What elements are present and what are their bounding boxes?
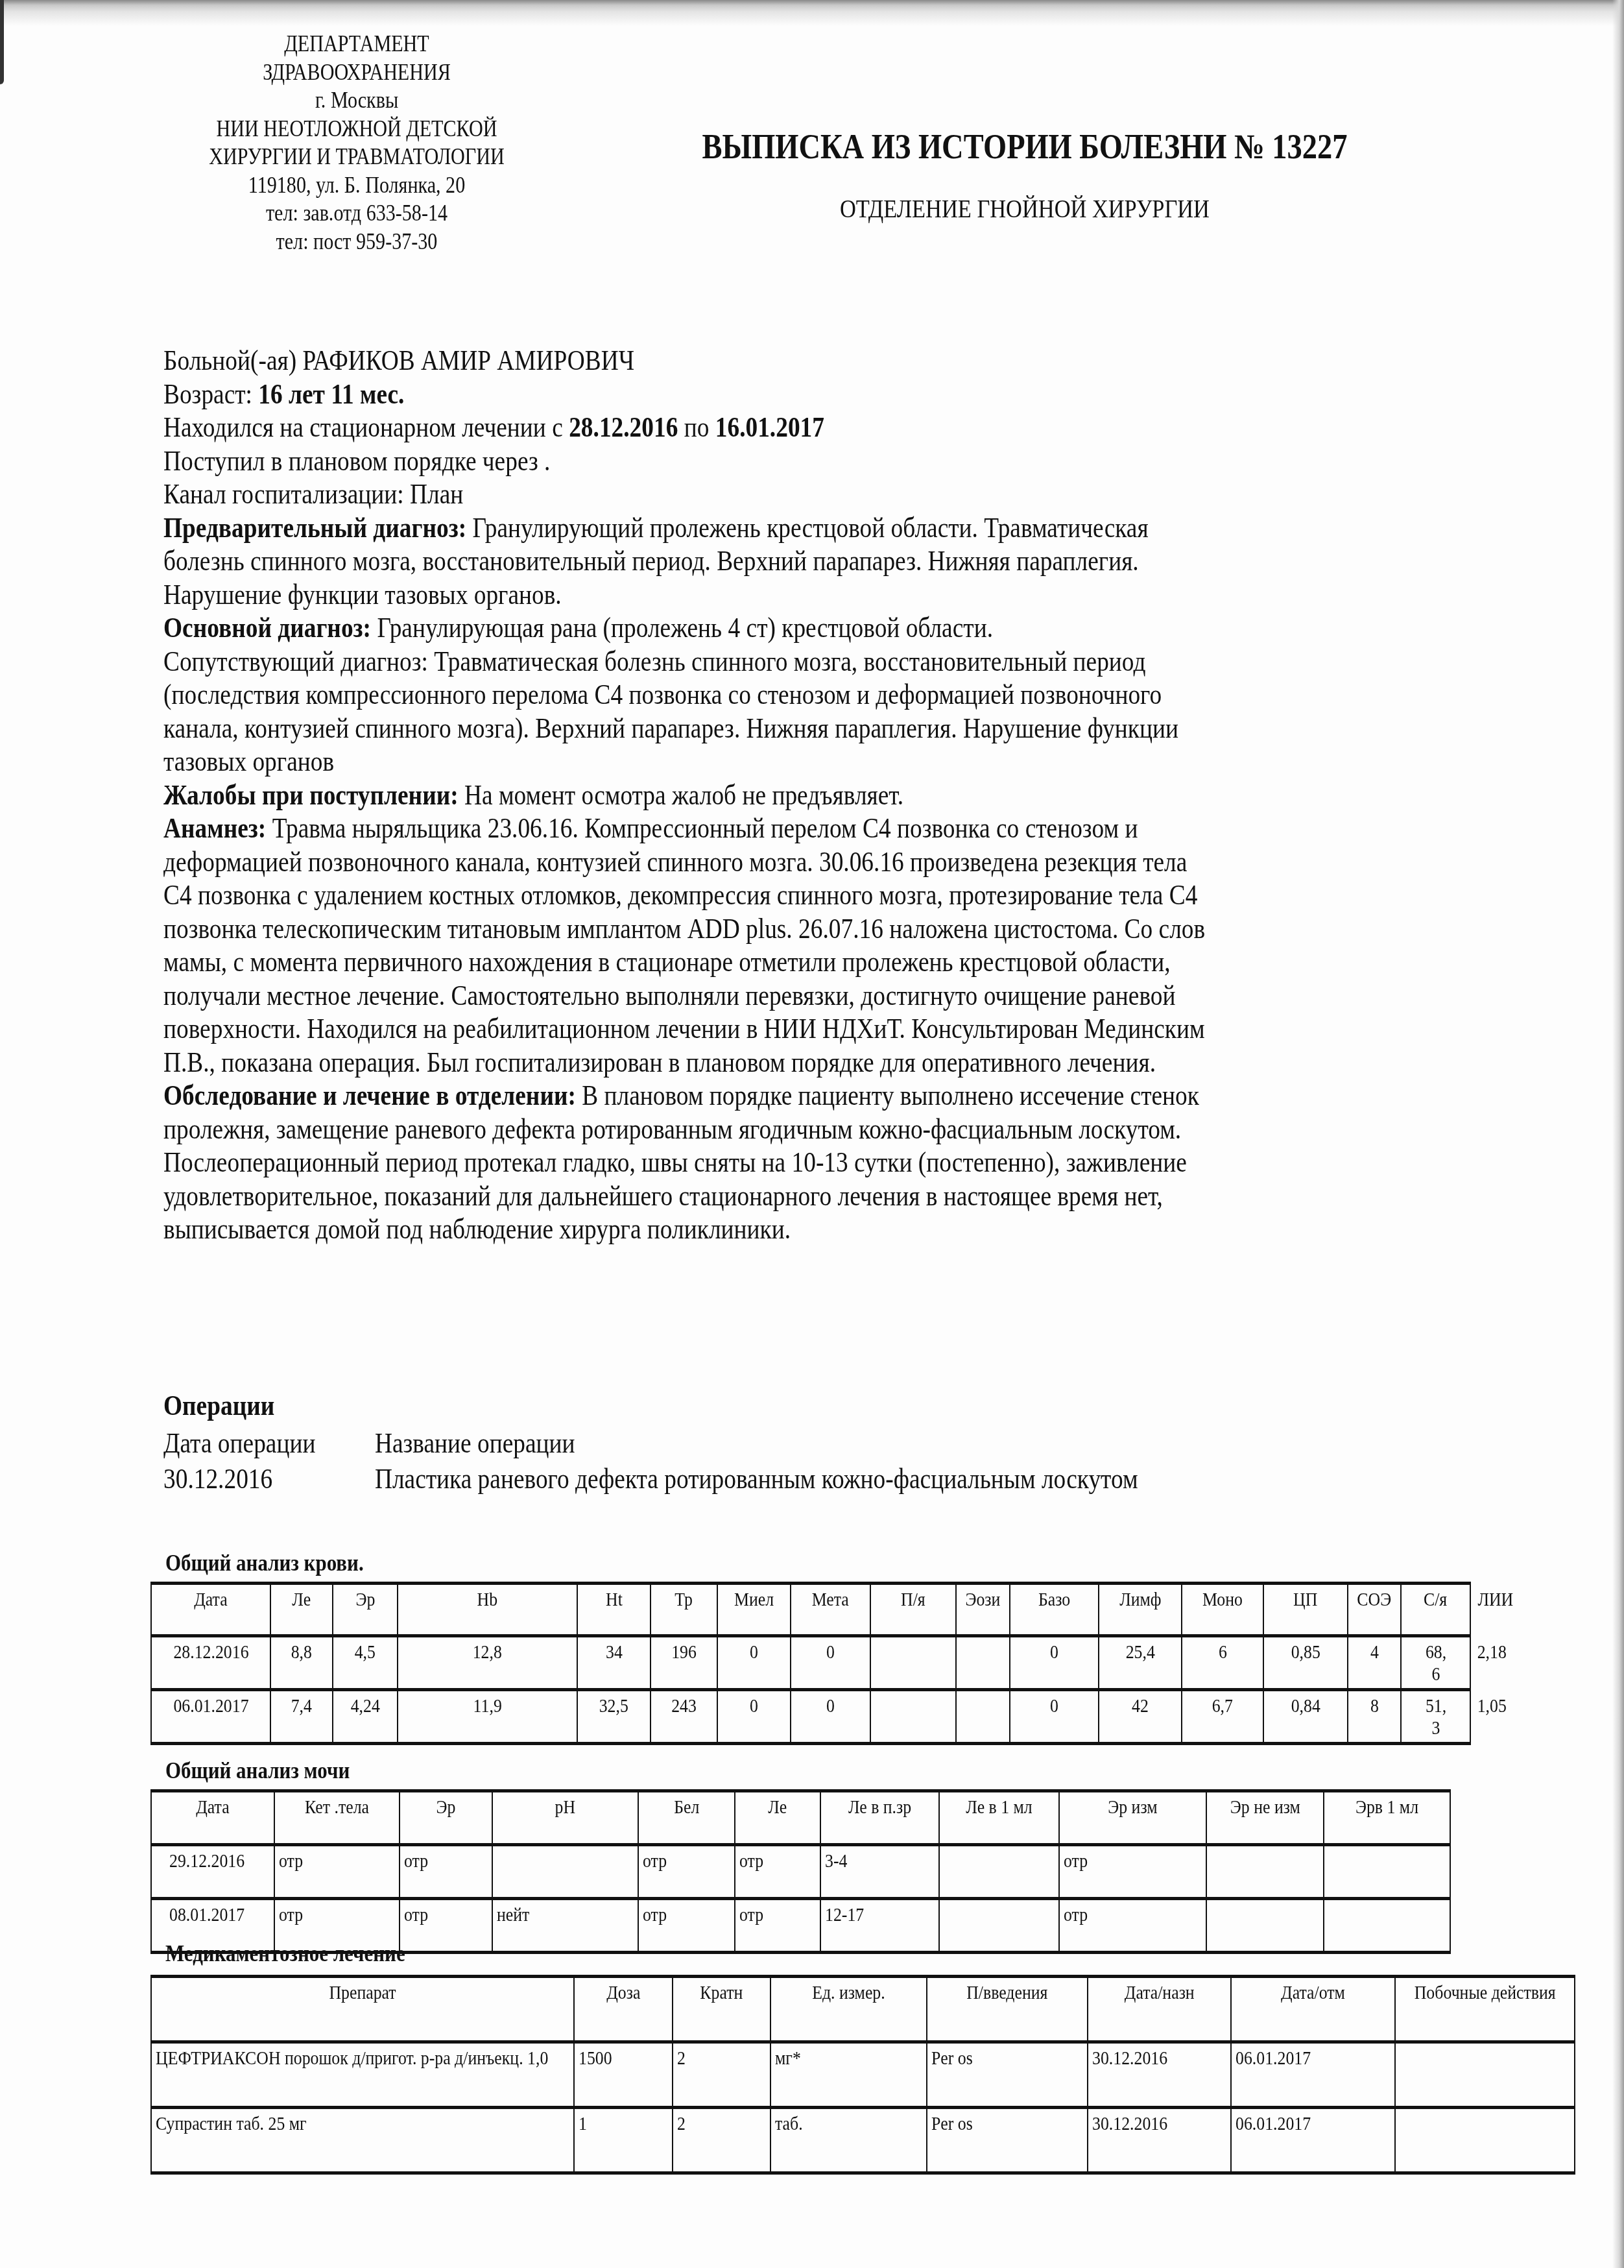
- table-cell: [1206, 1845, 1324, 1899]
- table-cell: 30.12.2016: [1088, 2042, 1231, 2108]
- table-cell: отр: [400, 1845, 492, 1899]
- cell-value: 0: [750, 1695, 758, 1717]
- column-header: Эр: [400, 1791, 492, 1845]
- column-header: Hb: [398, 1584, 577, 1636]
- cell-value: 29.12.2016: [169, 1850, 245, 1872]
- column-header: Ле в п.зр: [820, 1791, 939, 1845]
- table-row: ЦЕФТРИАКСОН порошок д/пригот. р-ра д/инъ…: [151, 2042, 1575, 2108]
- operations-title: Операции: [163, 1388, 1580, 1426]
- cell-value: 0: [1050, 1641, 1058, 1663]
- operation-name: Пластика раневого дефекта ротированным к…: [375, 1462, 1138, 1495]
- cell-value: отр: [1064, 1904, 1088, 1926]
- column-header-label: Ле в п.зр: [848, 1796, 911, 1818]
- main-diagnosis-label: Основной диагноз:: [163, 611, 371, 644]
- cell-value: 6,7: [1212, 1695, 1233, 1717]
- scan-edge-top: [0, 0, 1624, 26]
- text-line: канала, контузией спинного мозга). Верхн…: [163, 712, 1580, 745]
- cell-value: 06.01.2017: [1236, 2047, 1311, 2069]
- cell-value: 3-4: [825, 1850, 847, 1872]
- table-cell: 0: [717, 1636, 791, 1690]
- table-cell: 0,84: [1263, 1690, 1348, 1744]
- text-line: На момент осмотра жалоб не предъявляет.: [459, 778, 904, 811]
- table-cell: [956, 1636, 1010, 1690]
- cell-value: 30.12.2016: [1092, 2113, 1167, 2135]
- table-cell: мг*: [770, 2042, 927, 2108]
- table-cell: отр: [274, 1845, 400, 1899]
- table-cell: 51,3: [1401, 1690, 1470, 1744]
- org-line: ХИРУРГИИ И ТРАВМАТОЛОГИИ: [176, 143, 538, 171]
- cell-value: 51,3: [1422, 1695, 1450, 1739]
- cell-value: отр: [404, 1850, 428, 1872]
- column-header: Эр не изм: [1206, 1791, 1324, 1845]
- column-header-label: Ле: [293, 1589, 311, 1611]
- cell-value: 0: [750, 1641, 758, 1663]
- column-header-label: Эрв 1 мл: [1355, 1796, 1418, 1818]
- column-header-label: Кратн: [700, 1982, 743, 2004]
- cell-value: 08.01.2017: [169, 1904, 245, 1926]
- column-header: Ht: [577, 1584, 651, 1636]
- table-cell: 6: [1182, 1636, 1263, 1690]
- table-cell: 25,4: [1099, 1636, 1182, 1690]
- cell-value: 243: [671, 1695, 697, 1717]
- column-header: Базо: [1010, 1584, 1099, 1636]
- table-header-row: ДатаКет .телаЭрpHБелЛеЛе в п.зрЛе в 1 мл…: [151, 1791, 1450, 1845]
- org-address: 119180, ул. Б. Полянка, 20: [176, 171, 538, 200]
- table-cell: ЦЕФТРИАКСОН порошок д/пригот. р-ра д/инъ…: [151, 2042, 574, 2108]
- cell-value: 42: [1132, 1695, 1149, 1717]
- column-header: Кет .тела: [274, 1791, 400, 1845]
- cell-value: 8,8: [291, 1641, 312, 1663]
- text-line: поверхности. Находился на реабилитационн…: [163, 1012, 1580, 1046]
- table-cell: отр: [1059, 1899, 1206, 1953]
- table-cell: [956, 1690, 1010, 1744]
- table-cell: 32,5: [577, 1690, 651, 1744]
- table-cell: 11,9: [398, 1690, 577, 1744]
- column-header: Лимф: [1099, 1584, 1182, 1636]
- cell-value: Супрастин таб. 25 мг: [156, 2113, 307, 2135]
- cell-value: 11,9: [473, 1695, 501, 1717]
- department-name: ОТДЕЛЕНИЕ ГНОЙНОЙ ХИРУРГИИ: [656, 193, 1392, 224]
- stay-to-date: 16.01.2017: [715, 411, 824, 443]
- column-header-label: СОЭ: [1357, 1589, 1392, 1611]
- column-header-label: П/введения: [966, 1982, 1047, 2004]
- column-header: Дата: [151, 1584, 270, 1636]
- table-cell: 42: [1099, 1690, 1182, 1744]
- examination-treatment-label: Обследование и лечение в отделении:: [163, 1079, 576, 1111]
- operation-name-header: Название операции: [375, 1426, 575, 1460]
- table-cell: отр: [1059, 1845, 1206, 1899]
- table-cell: 28.12.2016: [151, 1636, 270, 1690]
- main-diagnosis: Основной диагноз: Гранулирующая рана (пр…: [163, 611, 1580, 645]
- column-header-label: Лимф: [1119, 1589, 1161, 1611]
- cell-value: 25,4: [1125, 1641, 1154, 1663]
- column-header: П/я: [870, 1584, 956, 1636]
- column-header-label: Мета: [812, 1589, 849, 1611]
- cell-value: 4,24: [350, 1695, 379, 1717]
- complaints-label: Жалобы при поступлении:: [163, 778, 459, 811]
- column-header: Доза: [574, 1977, 673, 2042]
- table-row: Супрастин таб. 25 мг12таб.Per os30.12.20…: [151, 2108, 1575, 2173]
- table-cell: [1324, 1899, 1450, 1953]
- cell-value: мг*: [775, 2047, 801, 2069]
- column-header-label: Эози: [966, 1589, 1001, 1611]
- column-header: pH: [492, 1791, 638, 1845]
- org-line: ДЕПАРТАМЕНТ: [176, 30, 538, 58]
- text-line: (последствия компрессионного перелома С4…: [163, 678, 1580, 712]
- column-header: Эр: [333, 1584, 398, 1636]
- cell-value: отр: [739, 1904, 763, 1926]
- table-cell: [1324, 1845, 1450, 1899]
- column-header-label: Дата: [196, 1796, 229, 1818]
- cell-value: 0: [826, 1695, 835, 1717]
- admission-line: Поступил в плановом порядке через .: [163, 444, 1580, 478]
- text-line: В плановом порядке пациенту выполнено ис…: [576, 1079, 1199, 1111]
- cell-value: 28.12.2016: [173, 1641, 248, 1663]
- operations-header: Дата операции Название операции: [163, 1426, 1580, 1462]
- preliminary-diagnosis-label: Предварительный диагноз:: [163, 511, 466, 544]
- org-line: г. Москвы: [176, 86, 538, 115]
- column-header: Бел: [638, 1791, 735, 1845]
- cell-value: Per os: [931, 2047, 973, 2069]
- column-header: Ед. измер.: [770, 1977, 927, 2042]
- column-header-label: Дата/назн: [1125, 1982, 1195, 2004]
- org-phone: тел: зав.отд 633-58-14: [176, 199, 538, 228]
- stay-from-date: 28.12.2016: [569, 411, 678, 443]
- table-cell: нейт: [492, 1899, 638, 1953]
- column-header-label: ЦП: [1293, 1589, 1317, 1611]
- text-line: Нарушение функции тазовых органов.: [163, 578, 1580, 612]
- cell-value: 2: [677, 2047, 686, 2069]
- table-cell: Супрастин таб. 25 мг: [151, 2108, 574, 2173]
- urine-test-table: ДатаКет .телаЭрpHБелЛеЛе в п.зрЛе в 1 мл…: [150, 1789, 1451, 1954]
- table-cell: 12,8: [398, 1636, 577, 1690]
- scan-edge-left: [0, 0, 4, 84]
- column-header: П/введения: [927, 1977, 1088, 2042]
- table-cell: [1206, 1899, 1324, 1953]
- cell-value: 1: [579, 2113, 587, 2135]
- text-line: С4 позвонка с удалением костных отломков…: [163, 878, 1580, 912]
- column-header: Мета: [791, 1584, 870, 1636]
- operation-date: 30.12.2016: [163, 1462, 272, 1495]
- text-line: получали местное лечение. Самостоятельно…: [163, 979, 1580, 1013]
- column-header: ЦП: [1263, 1584, 1348, 1636]
- text-line: Гранулирующий пролежень крестцовой облас…: [466, 511, 1148, 544]
- table-row: 06.01.20177,44,2411,932,5243000426,70,84…: [151, 1690, 1470, 1744]
- blood-test-table: ДатаЛеЭрHbHtТрМиелМетаП/яЭозиБазоЛимфМон…: [150, 1582, 1471, 1745]
- column-header-label: Ле в 1 мл: [966, 1796, 1032, 1818]
- column-header: Ле: [735, 1791, 820, 1845]
- cell-value: ЦЕФТРИАКСОН порошок д/пригот. р-ра д/инъ…: [156, 2047, 548, 2069]
- column-header-label: Бел: [674, 1796, 699, 1818]
- scan-edge-right: [1612, 0, 1624, 2268]
- medications-title: Медикаментозное лечение: [165, 1940, 405, 1967]
- column-header: Дата/отм: [1231, 1977, 1395, 2042]
- table-cell: [492, 1845, 638, 1899]
- column-header: Кратн: [673, 1977, 770, 2042]
- org-phone: тел: пост 959-37-30: [176, 228, 538, 256]
- table-cell: 4: [1348, 1636, 1401, 1690]
- stay-label: Находился на стационарном лечении с: [163, 411, 563, 443]
- column-header-label: Тр: [675, 1589, 693, 1611]
- column-header-label: Эр изм: [1108, 1796, 1157, 1818]
- cell-value: 0,84: [1291, 1695, 1320, 1717]
- table-cell: 243: [651, 1690, 717, 1744]
- table-cell: Per os: [927, 2108, 1088, 2173]
- text-line: пролежня, замещение раневого дефекта рот…: [163, 1113, 1580, 1146]
- table-cell: 29.12.2016: [151, 1845, 274, 1899]
- text-line: тазовых органов: [163, 745, 1580, 778]
- column-header: Побочные действия: [1395, 1977, 1575, 2042]
- cell-value: отр: [643, 1850, 667, 1872]
- column-header: Эози: [956, 1584, 1010, 1636]
- text-line: мамы, с момента первичного нахождения в …: [163, 945, 1580, 979]
- cell-value: отр: [643, 1904, 667, 1926]
- table-cell: отр: [735, 1845, 820, 1899]
- table-cell: 0: [791, 1636, 870, 1690]
- column-header-label: pH: [555, 1796, 576, 1818]
- table-cell: [1395, 2108, 1575, 2173]
- column-header-label: Дата: [194, 1589, 227, 1611]
- table-cell: отр: [735, 1899, 820, 1953]
- table-cell: 2: [673, 2108, 770, 2173]
- column-header-label: Препарат: [329, 1982, 396, 2004]
- operations-section: Операции Дата операции Название операции…: [163, 1388, 1580, 1497]
- table-cell: 196: [651, 1636, 717, 1690]
- column-header: Препарат: [151, 1977, 574, 2042]
- column-header-label: Побочные действия: [1415, 1982, 1556, 2004]
- cell-value: отр: [739, 1850, 763, 1872]
- table-cell: [939, 1845, 1059, 1899]
- column-header-label: Ед. измер.: [812, 1982, 885, 2004]
- operation-row: 30.12.2016 Пластика раневого дефекта рот…: [163, 1462, 1580, 1497]
- table-cell: 0,85: [1263, 1636, 1348, 1690]
- hospitalization-channel: Канал госпитализации: План: [163, 477, 1580, 511]
- column-header-label: Доза: [606, 1982, 640, 2004]
- cell-value: отр: [279, 1904, 303, 1926]
- table-cell: отр: [638, 1845, 735, 1899]
- cell-value: 4: [1370, 1641, 1379, 1663]
- cell-value: отр: [279, 1850, 303, 1872]
- table-cell: [870, 1636, 956, 1690]
- cell-value: 1,05: [1477, 1695, 1507, 1717]
- column-header: Ле: [270, 1584, 333, 1636]
- table-cell: 0: [717, 1690, 791, 1744]
- cell-value: 06.01.2017: [173, 1695, 248, 1717]
- table-cell: 06.01.2017: [1231, 2108, 1395, 2173]
- table-cell: 6,7: [1182, 1690, 1263, 1744]
- cell-value: 12-17: [825, 1904, 864, 1926]
- table-cell: 8,8: [270, 1636, 333, 1690]
- cell-value: 2: [677, 2113, 686, 2135]
- stay-period-line: Находился на стационарном лечении с 28.1…: [163, 411, 1580, 444]
- cell-value: 4,5: [355, 1641, 376, 1663]
- cell-value: отр: [404, 1904, 428, 1926]
- column-header-label: ЛИИ: [1477, 1589, 1513, 1611]
- table-cell: таб.: [770, 2108, 927, 2173]
- patient-name-line: Больной(-ая) РАФИКОВ АМИР АМИРОВИЧ: [163, 344, 1580, 378]
- text-line: Гранулирующая рана (пролежень 4 ст) крес…: [371, 611, 993, 644]
- patient-name-label: Больной(-ая): [163, 344, 296, 376]
- anamnesis-label: Анамнез:: [163, 812, 266, 844]
- column-header-label: Эр: [436, 1796, 456, 1818]
- column-header: Моно: [1182, 1584, 1263, 1636]
- preliminary-diagnosis: Предварительный диагноз: Гранулирующий п…: [163, 511, 1580, 545]
- text-line: удовлетворительное, показаний для дальне…: [163, 1179, 1580, 1213]
- cell-value: 1500: [579, 2047, 612, 2069]
- urine-test-title: Общий анализ мочи: [165, 1757, 350, 1784]
- table-cell: 0: [1010, 1636, 1099, 1690]
- cell-value: Per os: [931, 2113, 973, 2135]
- text-line: деформацией позвоночного канала, контузи…: [163, 845, 1580, 879]
- text-line: П.В., показана операция. Был госпитализи…: [163, 1046, 1580, 1080]
- org-line: НИИ НЕОТЛОЖНОЙ ДЕТСКОЙ: [176, 115, 538, 143]
- column-header: Дата: [151, 1791, 274, 1845]
- patient-name: РАФИКОВ АМИР АМИРОВИЧ: [303, 344, 634, 376]
- cell-value: 34: [606, 1641, 623, 1663]
- column-header-label: Кет .тела: [305, 1796, 369, 1818]
- text-line: Послеоперационный период протекал гладко…: [163, 1146, 1580, 1179]
- table-cell: 68,6: [1401, 1636, 1470, 1690]
- concomitant-diagnosis: Сопутствующий диагноз: Травматическая бо…: [163, 645, 1580, 679]
- table-cell: [1395, 2042, 1575, 2108]
- table-cell: [939, 1899, 1059, 1953]
- cell-value: 6: [1219, 1641, 1227, 1663]
- table-header-row: ДатаЛеЭрHbHtТрМиелМетаП/яЭозиБазоЛимфМон…: [151, 1584, 1470, 1636]
- table-row: 28.12.20168,84,512,83419600025,460,85468…: [151, 1636, 1470, 1690]
- column-header: Дата/назн: [1088, 1977, 1231, 2042]
- institution-header: ДЕПАРТАМЕНТ ЗДРАВООХРАНЕНИЯ г. Москвы НИ…: [176, 30, 538, 256]
- column-header-label: Базо: [1038, 1589, 1070, 1611]
- table-cell: Per os: [927, 2042, 1088, 2108]
- org-line: ЗДРАВООХРАНЕНИЯ: [176, 58, 538, 87]
- table-cell: 0: [791, 1690, 870, 1744]
- table-cell: 3-4: [820, 1845, 939, 1899]
- text-line: Травма ныряльщика 23.06.16. Компрессионн…: [266, 812, 1138, 844]
- table-cell: отр: [400, 1899, 492, 1953]
- column-header-label: С/я: [1424, 1589, 1447, 1611]
- cell-value: 196: [671, 1641, 697, 1663]
- table-row: 29.12.2016отротротротр3-4отр: [151, 1845, 1450, 1899]
- examination-treatment: Обследование и лечение в отделении: В пл…: [163, 1079, 1580, 1113]
- patient-age-line: Возраст: 16 лет 11 мес.: [163, 378, 1580, 411]
- table-cell: 7,4: [270, 1690, 333, 1744]
- column-header-label: Эр не изм: [1230, 1796, 1300, 1818]
- anamnesis: Анамнез: Травма ныряльщика 23.06.16. Ком…: [163, 812, 1580, 845]
- cell-value: 12,8: [473, 1641, 502, 1663]
- discharge-summary-body: Больной(-ая) РАФИКОВ АМИР АМИРОВИЧ Возра…: [163, 344, 1580, 1246]
- cell-value: 0: [826, 1641, 835, 1663]
- table-cell: 1: [574, 2108, 673, 2173]
- table-cell: отр: [638, 1899, 735, 1953]
- column-header-label: Ht: [606, 1589, 623, 1611]
- column-header-label: Hb: [477, 1589, 498, 1611]
- cell-value: 68,6: [1422, 1641, 1450, 1685]
- cell-value: отр: [1064, 1850, 1088, 1872]
- column-header: Эрв 1 мл: [1324, 1791, 1450, 1845]
- cell-value: 0,85: [1291, 1641, 1320, 1663]
- column-header-label: Эр: [355, 1589, 375, 1611]
- table-cell: 4,5: [333, 1636, 398, 1690]
- patient-age: 16 лет 11 мес.: [258, 378, 404, 410]
- table-cell: [870, 1690, 956, 1744]
- column-header-label: Моно: [1202, 1589, 1243, 1611]
- table-cell: 4,24: [333, 1690, 398, 1744]
- cell-value: таб.: [775, 2113, 803, 2135]
- cell-value: 32,5: [599, 1695, 628, 1717]
- cell-value: 7,4: [291, 1695, 312, 1717]
- table-cell: 12-17: [820, 1899, 939, 1953]
- table-cell: 06.01.2017: [151, 1690, 270, 1744]
- cell-value: 30.12.2016: [1092, 2047, 1167, 2069]
- cell-value: нейт: [497, 1904, 529, 1926]
- patient-age-label: Возраст:: [163, 378, 252, 410]
- document-title: ВЫПИСКА ИЗ ИСТОРИИ БОЛЕЗНИ № 13227: [656, 127, 1392, 167]
- column-header: Эр изм: [1059, 1791, 1206, 1845]
- column-header: Ле в 1 мл: [939, 1791, 1059, 1845]
- complaints: Жалобы при поступлении: На момент осмотр…: [163, 778, 1580, 812]
- table-header-row: ПрепаратДозаКратнЕд. измер.П/введенияДат…: [151, 1977, 1575, 2042]
- column-header: С/я: [1401, 1584, 1470, 1636]
- table-cell: 8: [1348, 1690, 1401, 1744]
- cell-value: 2,18: [1477, 1641, 1507, 1663]
- column-header: Миел: [717, 1584, 791, 1636]
- column-header-label: П/я: [901, 1589, 925, 1611]
- cell-value: 8: [1370, 1695, 1379, 1717]
- table-cell: 0: [1010, 1690, 1099, 1744]
- medications-table: ПрепаратДозаКратнЕд. измер.П/введенияДат…: [150, 1975, 1575, 2175]
- cell-value: 06.01.2017: [1236, 2113, 1311, 2135]
- table-cell: 1500: [574, 2042, 673, 2108]
- table-cell: 30.12.2016: [1088, 2108, 1231, 2173]
- text-line: болезнь спинного мозга, восстановительны…: [163, 544, 1580, 578]
- cell-value: 0: [1050, 1695, 1058, 1717]
- table-cell: 06.01.2017: [1231, 2042, 1395, 2108]
- column-header: СОЭ: [1348, 1584, 1401, 1636]
- column-header-label: Дата/отм: [1281, 1982, 1345, 2004]
- table-cell: 34: [577, 1636, 651, 1690]
- column-header: Тр: [651, 1584, 717, 1636]
- operation-date-header: Дата операции: [163, 1427, 315, 1459]
- column-header-label: Ле: [769, 1796, 787, 1818]
- stay-to-label: по: [684, 411, 710, 443]
- column-header-label: Миел: [734, 1589, 774, 1611]
- blood-test-title: Общий анализ крови.: [165, 1549, 364, 1576]
- text-line: выписывается домой под наблюдение хирург…: [163, 1212, 1580, 1246]
- table-cell: 2: [673, 2042, 770, 2108]
- text-line: позвонка телескопическим титановым импла…: [163, 912, 1580, 946]
